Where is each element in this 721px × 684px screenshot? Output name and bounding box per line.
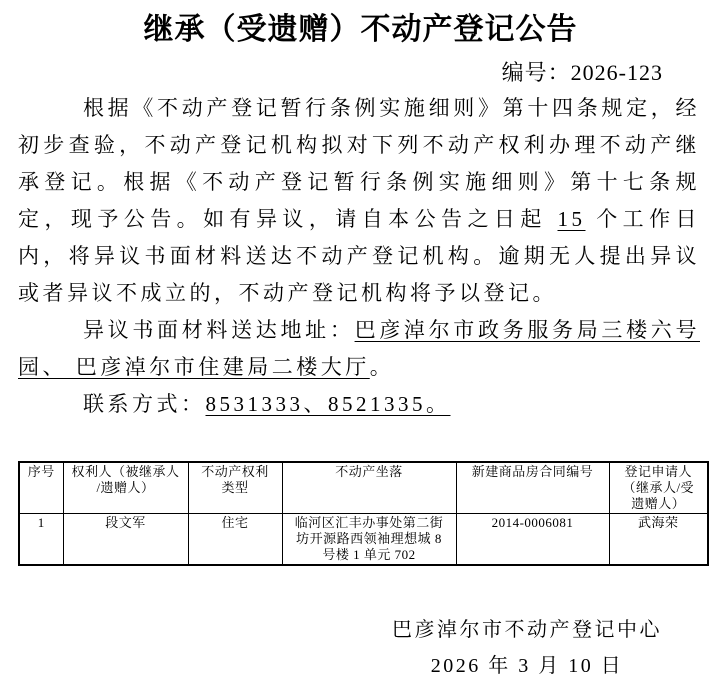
cell-applicant: 武海荣 bbox=[609, 514, 708, 566]
header-property-location: 不动产坐落 bbox=[282, 462, 456, 514]
contact-paragraph: 联系方式：8531333、8521335。 bbox=[18, 386, 700, 423]
signoff-org: 巴彦淖尔市不动产登记中心 bbox=[377, 612, 677, 648]
notice-document: 继承（受遗赠）不动产登记公告 编号：2026-123 根据《不动产登记暂行条例实… bbox=[0, 0, 721, 684]
cell-property-right-type: 住宅 bbox=[188, 514, 282, 566]
address-paragraph: 异议书面材料送达地址：巴彦淖尔市政务服务局三楼六号园、 巴彦淖尔市住建局二楼大厅… bbox=[18, 312, 700, 386]
header-applicant: 登记申请人 （继承人/受 遗赠人） bbox=[609, 462, 708, 514]
notice-paragraph: 根据《不动产登记暂行条例实施细则》第十四条规定，经初步查验，不动产登记机构拟对下… bbox=[18, 90, 700, 312]
table-header-row: 序号 权利人（被继承人 /遗赠人） 不动产权利 类型 不动产坐落 新建商品房合同… bbox=[19, 462, 708, 514]
header-contract-number: 新建商品房合同编号 bbox=[456, 462, 609, 514]
signoff-block: 巴彦淖尔市不动产登记中心 2026 年 3 月 10 日 bbox=[377, 612, 677, 684]
contact-phones: 8531333、8521335。 bbox=[206, 392, 451, 416]
table-row: 1 段文军 住宅 临河区汇丰办事处第二街 坊开源路西领袖理想城 8 号楼 1 单… bbox=[19, 514, 708, 566]
working-days-value: 15 bbox=[558, 207, 586, 231]
cell-serial-number: 1 bbox=[19, 514, 63, 566]
signoff-date: 2026 年 3 月 10 日 bbox=[377, 648, 677, 684]
contact-label: 联系方式： bbox=[83, 392, 206, 416]
header-right-holder: 权利人（被继承人 /遗赠人） bbox=[63, 462, 188, 514]
registration-table: 序号 权利人（被继承人 /遗赠人） 不动产权利 类型 不动产坐落 新建商品房合同… bbox=[18, 461, 709, 566]
header-serial-number: 序号 bbox=[19, 462, 63, 514]
address-label: 异议书面材料送达地址： bbox=[83, 318, 355, 342]
page-title: 继承（受遗赠）不动产登记公告 bbox=[0, 0, 721, 48]
doc-number: 编号：2026-123 bbox=[0, 58, 721, 88]
header-property-right-type: 不动产权利 类型 bbox=[188, 462, 282, 514]
notice-body: 根据《不动产登记暂行条例实施细则》第十四条规定，经初步查验，不动产登记机构拟对下… bbox=[18, 90, 700, 423]
cell-contract-number: 2014-0006081 bbox=[456, 514, 609, 566]
address-suffix: 。 bbox=[370, 355, 395, 379]
cell-property-location: 临河区汇丰办事处第二街 坊开源路西领袖理想城 8 号楼 1 单元 702 bbox=[282, 514, 456, 566]
cell-right-holder: 段文军 bbox=[63, 514, 188, 566]
